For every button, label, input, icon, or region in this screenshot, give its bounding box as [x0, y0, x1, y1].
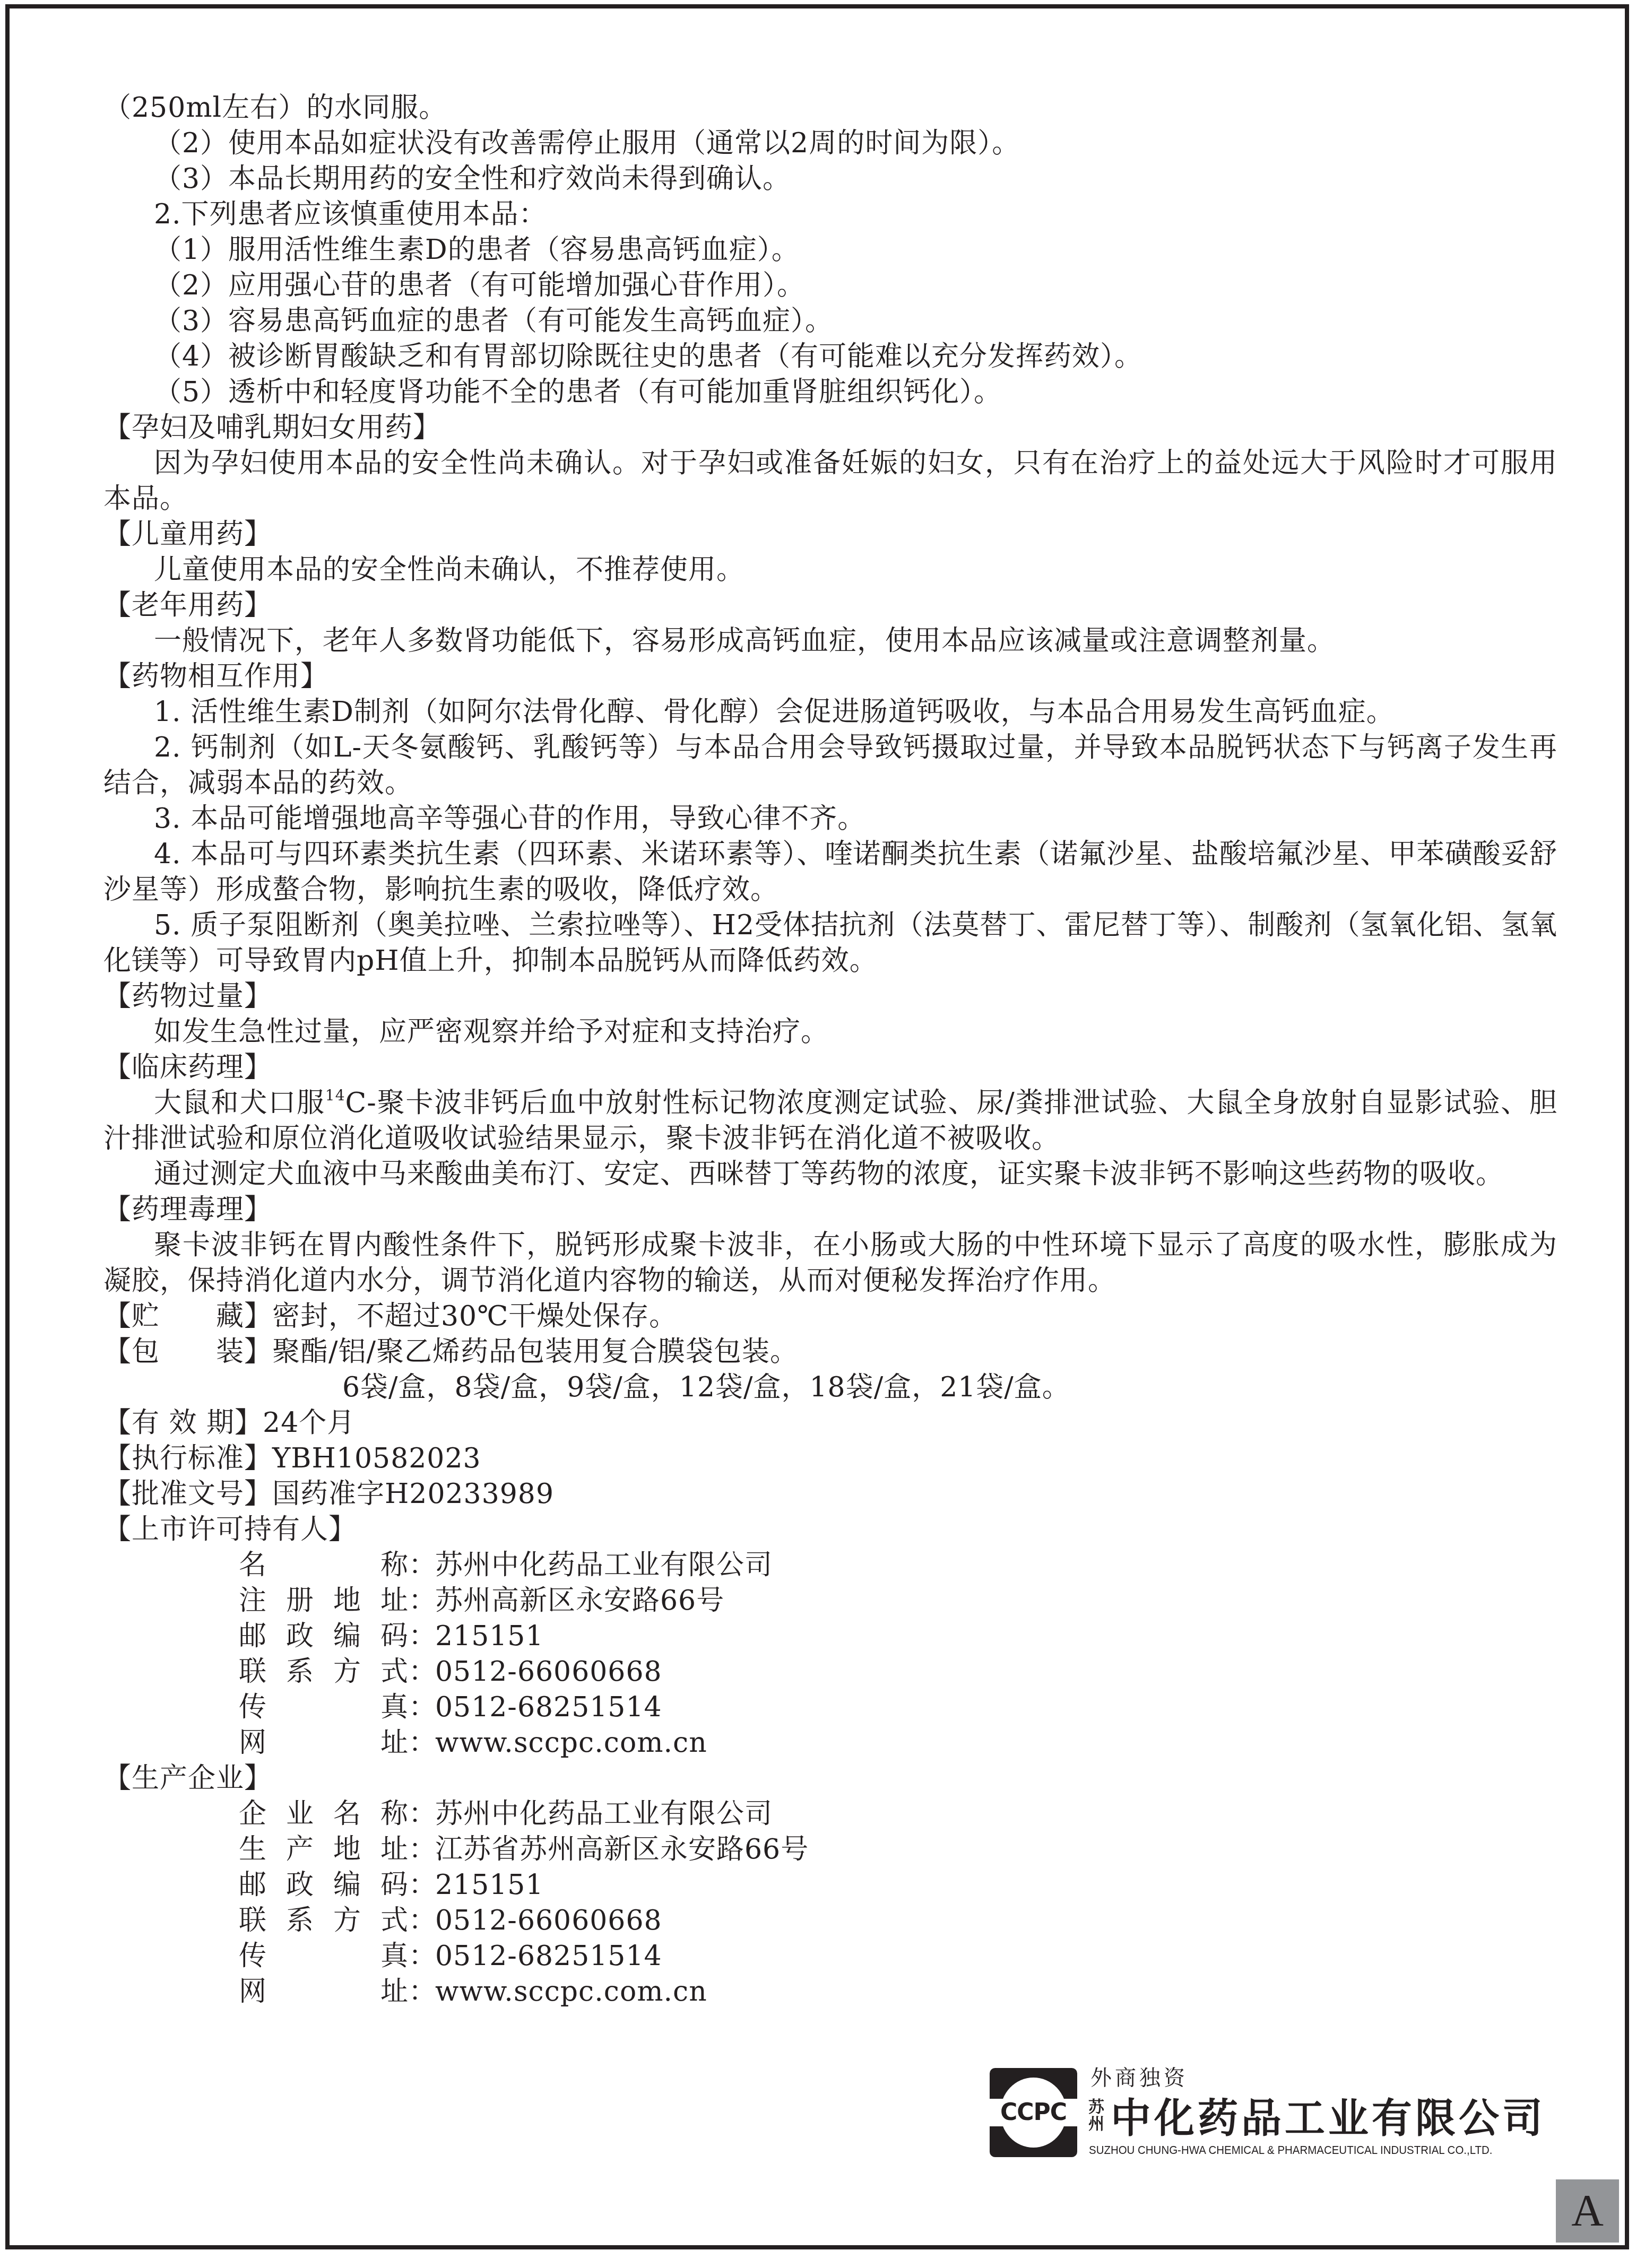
field-label: 邮政编码 [239, 1867, 409, 1903]
field-colon: ： [409, 1654, 435, 1690]
mfr-field-address: 生产地址：江苏省苏州高新区永安路66号 [103, 1832, 1557, 1867]
shelf-life-heading: 【有 效 期】 [103, 1405, 263, 1441]
field-value: 0512-68251514 [435, 1690, 662, 1725]
standard-heading: 【执行标准】 [103, 1441, 272, 1476]
field-label: 生产地址 [239, 1832, 409, 1867]
field-value: 苏州高新区永安路66号 [435, 1583, 724, 1619]
leaflet-body: （250ml左右）的水同服。 （2）使用本品如症状没有改善需停止服用（通常以2周… [103, 90, 1557, 2010]
storage-text: 密封，不超过30℃干燥处保存。 [272, 1299, 677, 1334]
section-heading-mah: 【上市许可持有人】 [103, 1512, 1557, 1548]
continuation-line: （250ml左右）的水同服。 [103, 90, 1557, 126]
clinical-pharmacology-text-2: 通过测定犬血液中马来酸曲美布汀、安定、西咪替丁等药物的浓度，证实聚卡波非钙不影响… [103, 1157, 1557, 1192]
company-logo: CCPC 外商独资 苏州 中化药品工业有限公司 SUZHOU CHUNG-HWA… [990, 2068, 1563, 2158]
mfr-field-postcode: 邮政编码：215151 [103, 1867, 1557, 1903]
precaution-item: （5）透析中和轻度肾功能不全的患者（有可能加重肾脏组织钙化）。 [103, 375, 1557, 410]
field-label: 联系方式 [239, 1903, 409, 1939]
field-value: www.sccpc.com.cn [435, 1974, 707, 2010]
pediatric-text: 儿童使用本品的安全性尚未确认，不推荐使用。 [103, 552, 1557, 588]
mah-field-address: 注册地址：苏州高新区永安路66号 [103, 1583, 1557, 1619]
section-heading-interactions: 【药物相互作用】 [103, 659, 1557, 694]
field-value: 江苏省苏州高新区永安路66号 [435, 1832, 809, 1867]
field-label: 联系方式 [239, 1654, 409, 1690]
field-label: 传 真 [239, 1690, 409, 1725]
mah-field-postcode: 邮政编码：215151 [103, 1619, 1557, 1654]
logo-foreign-capital: 外商独资 [1090, 2065, 1188, 2091]
approval-text: 国药准字H20233989 [272, 1476, 554, 1512]
mfr-field-fax: 传 真：0512-68251514 [103, 1939, 1557, 1974]
clinical-text-pre: 大鼠和犬口服 [154, 1087, 325, 1119]
shelf-life-text: 24个月 [263, 1405, 355, 1441]
field-label: 网 址 [239, 1725, 409, 1761]
clinical-pharmacology-text-1: 大鼠和犬口服14C-聚卡波非钙后血中放射性标记物浓度测定试验、尿/粪排泄试验、大… [103, 1085, 1557, 1157]
field-colon: ： [409, 1832, 435, 1867]
mfr-field-website: 网 址：www.sccpc.com.cn [103, 1974, 1557, 2010]
field-value: 215151 [435, 1619, 544, 1654]
section-heading-clinical-pharmacology: 【临床药理】 [103, 1050, 1557, 1085]
packaging-heading: 【包 装】 [103, 1334, 272, 1370]
field-value: 0512-66060668 [435, 1654, 662, 1690]
precaution-item: （1）服用活性维生素D的患者（容易患高钙血症）。 [103, 232, 1557, 268]
section-heading-manufacturer: 【生产企业】 [103, 1761, 1557, 1796]
packaging-text: 聚酯/铝/聚乙烯药品包装用复合膜袋包装。 [272, 1334, 798, 1370]
section-heading-pregnancy: 【孕妇及哺乳期妇女用药】 [103, 410, 1557, 446]
field-colon: ： [409, 1939, 435, 1974]
geriatric-text: 一般情况下，老年人多数肾功能低下，容易形成高钙血症，使用本品应该减量或注意调整剂… [103, 623, 1557, 659]
mah-field-fax: 传 真：0512-68251514 [103, 1690, 1557, 1725]
field-label: 传 真 [239, 1939, 409, 1974]
field-colon: ： [409, 1619, 435, 1654]
logo-mark-text: CCPC [990, 2099, 1077, 2126]
section-heading-pharmacology-toxicology: 【药理毒理】 [103, 1192, 1557, 1228]
field-label: 邮政编码 [239, 1619, 409, 1654]
version-badge: A [1556, 2179, 1619, 2243]
section-heading-pediatric: 【儿童用药】 [103, 517, 1557, 552]
field-colon: ： [409, 1903, 435, 1939]
precaution-subheading: 2.下列患者应该慎重使用本品： [103, 197, 1557, 232]
field-colon: ： [409, 1974, 435, 2010]
section-heading-geriatric: 【老年用药】 [103, 588, 1557, 623]
precaution-item: （3）容易患高钙血症的患者（有可能发生高钙血症）。 [103, 303, 1557, 339]
field-value: 苏州中化药品工业有限公司 [435, 1796, 773, 1832]
mfr-field-name: 企业名称：苏州中化药品工业有限公司 [103, 1796, 1557, 1832]
field-label: 名 称 [239, 1548, 409, 1583]
logo-city: 苏州 [1088, 2099, 1106, 2133]
precaution-item: （4）被诊断胃酸缺乏和有胃部切除既往史的患者（有可能难以充分发挥药效）。 [103, 339, 1557, 375]
isotope-superscript: 14 [325, 1087, 345, 1104]
interaction-item: 1. 活性维生素D制剂（如阿尔法骨化醇、骨化醇）会促进肠道钙吸收，与本品合用易发… [103, 694, 1557, 730]
field-colon: ： [409, 1867, 435, 1903]
mfr-field-phone: 联系方式：0512-66060668 [103, 1903, 1557, 1939]
storage-heading: 【贮 藏】 [103, 1299, 272, 1334]
storage-row: 【贮 藏】密封，不超过30℃干燥处保存。 [103, 1299, 1557, 1334]
mah-field-phone: 联系方式：0512-66060668 [103, 1654, 1557, 1690]
field-colon: ： [409, 1583, 435, 1619]
field-label: 企业名称 [239, 1796, 409, 1832]
packaging-row: 【包 装】聚酯/铝/聚乙烯药品包装用复合膜袋包装。 [103, 1334, 1557, 1370]
standard-row: 【执行标准】YBH10582023 [103, 1441, 1557, 1476]
interaction-item: 4. 本品可与四环素类抗生素（四环素、米诺环素等）、喹诺酮类抗生素（诺氟沙星、盐… [103, 837, 1557, 908]
standard-text: YBH10582023 [272, 1441, 481, 1476]
mah-field-website: 网 址：www.sccpc.com.cn [103, 1725, 1557, 1761]
field-value: www.sccpc.com.cn [435, 1725, 707, 1761]
interaction-item: 5. 质子泵阻断剂（奥美拉唑、兰索拉唑等）、H2受体拮抗剂（法莫替丁、雷尼替丁等… [103, 908, 1557, 979]
field-label: 注册地址 [239, 1583, 409, 1619]
field-colon: ： [409, 1725, 435, 1761]
logo-company-name-cn: 中化药品工业有限公司 [1111, 2097, 1546, 2140]
pharmacology-toxicology-text: 聚卡波非钙在胃内酸性条件下，脱钙形成聚卡波非，在小肠或大肠的中性环境下显示了高度… [103, 1228, 1557, 1299]
logo-company-name-en: SUZHOU CHUNG-HWA CHEMICAL & PHARMACEUTIC… [1089, 2143, 1493, 2157]
field-value: 215151 [435, 1867, 544, 1903]
interaction-item: 3. 本品可能增强地高辛等强心苷的作用，导致心律不齐。 [103, 801, 1557, 837]
approval-row: 【批准文号】国药准字H20233989 [103, 1476, 1557, 1512]
field-value: 0512-68251514 [435, 1939, 662, 1974]
ccpc-logo-icon: CCPC [990, 2068, 1077, 2157]
packaging-sizes: 6袋/盒，8袋/盒，9袋/盒，12袋/盒，18袋/盒，21袋/盒。 [103, 1370, 1557, 1405]
interaction-item: 2. 钙制剂（如L-天冬氨酸钙、乳酸钙等）与本品合用会导致钙摄取过量，并导致本品… [103, 730, 1557, 801]
precaution-item: （2）应用强心苷的患者（有可能增加强心苷作用）。 [103, 268, 1557, 303]
field-colon: ： [409, 1796, 435, 1832]
field-value: 苏州中化药品工业有限公司 [435, 1548, 773, 1583]
mah-field-name: 名 称：苏州中化药品工业有限公司 [103, 1548, 1557, 1583]
field-label: 网 址 [239, 1974, 409, 2010]
approval-heading: 【批准文号】 [103, 1476, 272, 1512]
precaution-item: （2）使用本品如症状没有改善需停止服用（通常以2周的时间为限）。 [103, 126, 1557, 161]
section-heading-overdose: 【药物过量】 [103, 979, 1557, 1014]
overdose-text: 如发生急性过量，应严密观察并给予对症和支持治疗。 [103, 1014, 1557, 1050]
field-colon: ： [409, 1548, 435, 1583]
field-colon: ： [409, 1690, 435, 1725]
field-value: 0512-66060668 [435, 1903, 662, 1939]
precaution-item: （3）本品长期用药的安全性和疗效尚未得到确认。 [103, 161, 1557, 197]
shelf-life-row: 【有 效 期】24个月 [103, 1405, 1557, 1441]
pregnancy-text: 因为孕妇使用本品的安全性尚未确认。对于孕妇或准备妊娠的妇女，只有在治疗上的益处远… [103, 446, 1557, 517]
